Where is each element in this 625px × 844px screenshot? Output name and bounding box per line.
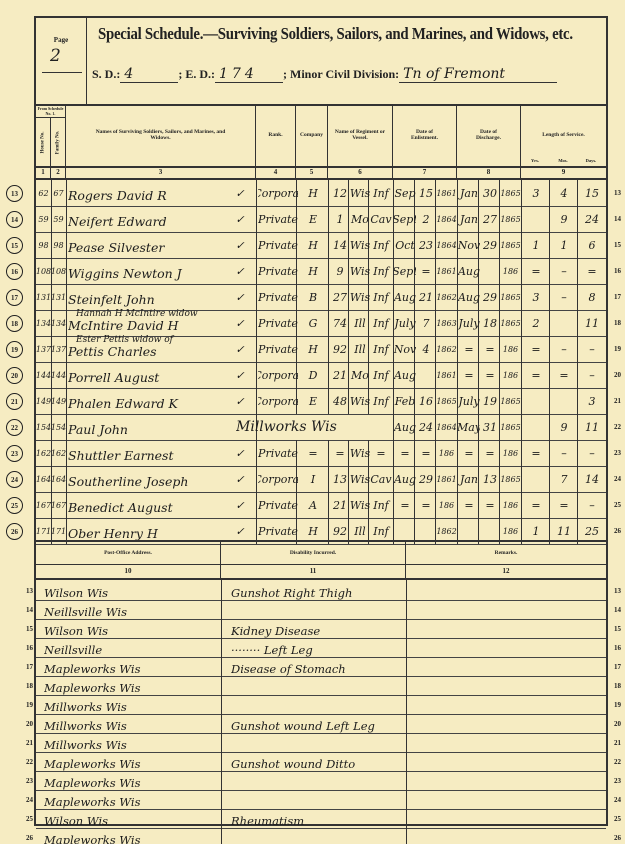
cell-company: A bbox=[298, 492, 328, 518]
cell-reg-arm: = bbox=[370, 440, 392, 466]
cell-enl-yr: 1863 bbox=[436, 310, 457, 336]
cell-check: ✓ bbox=[226, 206, 254, 232]
cell-dis-mo: Nov bbox=[458, 232, 480, 258]
cell-days: 3 bbox=[578, 388, 606, 414]
line-number-left: 18 bbox=[26, 682, 33, 690]
cell-dis-day: 31 bbox=[480, 414, 500, 440]
cell-dis-yr: 186 bbox=[500, 258, 521, 284]
line-number-circle: 20 bbox=[6, 367, 23, 384]
line-number-right: 14 bbox=[614, 606, 621, 614]
cell-check: ✓ bbox=[226, 362, 254, 388]
rank-header: Rank. bbox=[256, 104, 296, 166]
cell-enl-day: 21 bbox=[416, 284, 436, 310]
cell-dis-day: 19 bbox=[480, 388, 500, 414]
enlistment-header: Date of Enlistment. bbox=[393, 104, 457, 166]
cell-rank: Private bbox=[258, 206, 298, 232]
sd-value: 4 bbox=[120, 66, 178, 83]
line-number-right: 20 bbox=[614, 371, 621, 379]
cell-disability bbox=[231, 694, 401, 714]
cell-reg-no: 27 bbox=[330, 284, 350, 310]
line-number-right: 17 bbox=[614, 293, 621, 301]
cell-rank: Corporal bbox=[258, 180, 298, 206]
line-number-left: 20 bbox=[26, 720, 33, 728]
cell-yrs: = bbox=[522, 492, 550, 518]
cell-dis-day: = bbox=[480, 492, 500, 518]
cell-dis-day bbox=[480, 258, 500, 284]
line-number-right: 26 bbox=[614, 527, 621, 535]
table-row: 6267Rogers David R✓CorporalH12WisInfSep1… bbox=[36, 180, 606, 207]
col-num-1: 1 bbox=[36, 166, 51, 178]
cell-company: H bbox=[298, 258, 328, 284]
cell-dis-yr: 1865 bbox=[500, 466, 521, 492]
cell-days: 15 bbox=[578, 180, 606, 206]
cell-company: I bbox=[298, 466, 328, 492]
cell-rank: Private bbox=[258, 336, 298, 362]
cell-enl-yr: 1864 bbox=[436, 232, 457, 258]
cell-remarks bbox=[416, 732, 601, 752]
cell-house: 144 bbox=[36, 362, 51, 388]
cell-family: 131 bbox=[51, 284, 66, 310]
cell-name: Porrell August bbox=[68, 362, 228, 388]
cell-mos: 7 bbox=[550, 466, 578, 492]
table-row: 154154Paul JohnAug241864May311865911Mill… bbox=[36, 414, 606, 441]
cell-dis-mo: July bbox=[458, 388, 480, 414]
regiment-header: Name of Regiment or Vessel. bbox=[328, 104, 393, 166]
cell-reg-state: Mo bbox=[350, 206, 370, 232]
column-numbers: 123456789Yrs.Mos.Days. bbox=[36, 166, 606, 180]
line-number-left: 23 bbox=[26, 777, 33, 785]
cell-dis-yr: 1865 bbox=[500, 310, 521, 336]
cell-address: Wilson Wis bbox=[44, 618, 219, 638]
line-number-left: 15 bbox=[26, 625, 33, 633]
cell-house: 134 bbox=[36, 310, 51, 336]
cell-disability bbox=[231, 770, 401, 790]
cell-remarks bbox=[416, 751, 601, 771]
line-number-circle: 19 bbox=[6, 341, 23, 358]
cell-check: ✓ bbox=[226, 232, 254, 258]
cell-name: Phalen Edward K bbox=[68, 388, 228, 414]
cell-name: Shuttler Earnest bbox=[68, 440, 228, 466]
mcd-value: Tn of Fremont bbox=[399, 66, 557, 83]
cell-enl-day: 4 bbox=[416, 336, 436, 362]
cell-reg-state: Wis bbox=[350, 440, 370, 466]
cell-enl-yr: 1865 bbox=[436, 388, 457, 414]
cell-disability: Rheumatism bbox=[231, 808, 401, 828]
cell-rank: Private bbox=[258, 258, 298, 284]
line-number-right: 14 bbox=[614, 215, 621, 223]
col-num-9: 9 bbox=[521, 166, 606, 178]
cell-family: 144 bbox=[51, 362, 66, 388]
cell-address: Mapleworks Wis bbox=[44, 827, 219, 844]
cell-dis-day: 30 bbox=[480, 180, 500, 206]
cell-mos: 9 bbox=[550, 414, 578, 440]
cell-yrs: = bbox=[522, 440, 550, 466]
col-num-7: 7 bbox=[393, 166, 457, 178]
cell-enl-day: 16 bbox=[416, 388, 436, 414]
cell-address: Mapleworks Wis bbox=[44, 770, 219, 790]
cell-yrs bbox=[522, 388, 550, 414]
address-row: Neillsville Wis1414 bbox=[36, 599, 606, 620]
cell-enl-yr: 1864 bbox=[436, 414, 457, 440]
cell-reg-no: = bbox=[330, 440, 350, 466]
cell-dis-mo: Jan bbox=[458, 466, 480, 492]
cell-house: 154 bbox=[36, 414, 51, 440]
cell-reg-arm: Inf bbox=[370, 362, 392, 388]
cell-address: Mapleworks Wis bbox=[44, 656, 219, 676]
line-number-left: 25 bbox=[26, 815, 33, 823]
cell-days: = bbox=[578, 258, 606, 284]
cell-enl-mo: Nov bbox=[394, 336, 416, 362]
cell-family: 164 bbox=[51, 466, 66, 492]
cell-address: Mapleworks Wis bbox=[44, 789, 219, 809]
form-title: Special Schedule.—Surviving Soldiers, Sa… bbox=[98, 24, 573, 44]
cell-reg-state: Wis bbox=[350, 388, 370, 414]
cell-disability: Gunshot wound Left Leg bbox=[231, 713, 401, 733]
cell-address: Millworks Wis bbox=[44, 694, 219, 714]
col-num-8: 8 bbox=[457, 166, 521, 178]
table-row: 144144Porrell August✓CorporalD21MoInfAug… bbox=[36, 362, 606, 389]
cell-dis-yr: 186 bbox=[500, 362, 521, 388]
line-number-right: 13 bbox=[614, 189, 621, 197]
table-row: 131131Steinfelt John✓PrivateB27WisInfAug… bbox=[36, 284, 606, 311]
cell-reg-state: Wis bbox=[350, 284, 370, 310]
cell-reg-state: Wis bbox=[350, 258, 370, 284]
cell-remarks bbox=[416, 694, 601, 714]
cell-days: 8 bbox=[578, 284, 606, 310]
cell-disability bbox=[231, 789, 401, 809]
page-label: Page bbox=[36, 36, 86, 44]
cell-remarks bbox=[416, 637, 601, 657]
cell-reg-state: Ill bbox=[350, 310, 370, 336]
line-number-right: 15 bbox=[614, 241, 621, 249]
cell-enl-mo: July bbox=[394, 310, 416, 336]
cell-days: – bbox=[578, 362, 606, 388]
line-number-right: 22 bbox=[614, 423, 621, 431]
cell-name: Rogers David R bbox=[68, 180, 228, 206]
cell-dis-mo: Jan bbox=[458, 206, 480, 232]
cell-remarks bbox=[416, 618, 601, 638]
col-num-3: 3 bbox=[66, 166, 256, 178]
cell-enl-mo: Aug bbox=[394, 414, 416, 440]
cell-house: 131 bbox=[36, 284, 51, 310]
table-row: 108108Wiggins Newton J✓PrivateH9WisInfSe… bbox=[36, 258, 606, 285]
cell-reg-arm: Inf bbox=[370, 180, 392, 206]
widow-note: Ester Pettis widow of bbox=[76, 334, 256, 346]
cell-dis-day: 18 bbox=[480, 310, 500, 336]
cell-days: 11 bbox=[578, 310, 606, 336]
cell-house: 98 bbox=[36, 232, 51, 258]
cell-enl-mo: Sept bbox=[394, 206, 416, 232]
cell-house: 149 bbox=[36, 388, 51, 414]
table-row: 149149Phalen Edward K✓CorporalE48WisInfF… bbox=[36, 388, 606, 415]
cell-enl-yr: 1864 bbox=[436, 206, 457, 232]
service-sub-0: Yrs. bbox=[521, 156, 549, 165]
service-sub-1: Mos. bbox=[549, 156, 577, 165]
cell-house: 164 bbox=[36, 466, 51, 492]
cell-mos bbox=[550, 310, 578, 336]
address-row: Mapleworks Wis2323 bbox=[36, 770, 606, 791]
cell-reg-state: Wis bbox=[350, 492, 370, 518]
line-number-right: 25 bbox=[614, 815, 621, 823]
cell-mos: – bbox=[550, 440, 578, 466]
address-row: Mapleworks WisDisease of Stomach1717 bbox=[36, 656, 606, 677]
sd-label: S. D.: bbox=[92, 67, 120, 82]
cell-reg-arm: Inf bbox=[370, 492, 392, 518]
cell-reg-state: Ill bbox=[350, 336, 370, 362]
cell-reg-arm: Inf bbox=[370, 258, 392, 284]
line-number-right: 23 bbox=[614, 777, 621, 785]
cell-family: 59 bbox=[51, 206, 66, 232]
cell-enl-mo: Sep bbox=[394, 180, 416, 206]
cell-check: ✓ bbox=[226, 466, 254, 492]
cell-company: B bbox=[298, 284, 328, 310]
cell-days: 14 bbox=[578, 466, 606, 492]
table-row: 9898Pease Silvester✓PrivateH14WisInfOct2… bbox=[36, 232, 606, 259]
line-number-right: 24 bbox=[614, 796, 621, 804]
col-num-6: 6 bbox=[328, 166, 393, 178]
cell-enl-mo: = bbox=[394, 492, 416, 518]
cell-company: H bbox=[298, 232, 328, 258]
line-number-circle: 24 bbox=[6, 471, 23, 488]
cell-enl-day: = bbox=[416, 440, 436, 466]
col-num-10: 10 bbox=[36, 564, 221, 578]
form-header: Page 2 Special Schedule.—Surviving Soldi… bbox=[36, 18, 606, 106]
cell-house: 167 bbox=[36, 492, 51, 518]
cell-disability: Gunshot Right Thigh bbox=[231, 580, 401, 600]
cell-dis-yr: 186 bbox=[500, 440, 521, 466]
cell-family: 134 bbox=[51, 310, 66, 336]
ed-label: ; E. D.: bbox=[178, 67, 215, 82]
cell-check: ✓ bbox=[226, 258, 254, 284]
ed-value: 174 bbox=[215, 66, 283, 83]
cell-check: ✓ bbox=[226, 440, 254, 466]
line-number-left: 16 bbox=[26, 644, 33, 652]
cell-name: Neifert Edward bbox=[68, 206, 228, 232]
discharge-header: Date of Discharge. bbox=[457, 104, 521, 166]
cell-rank: Private bbox=[258, 492, 298, 518]
cell-reg-state: Wis bbox=[350, 232, 370, 258]
cell-disability: ········ Left Leg bbox=[231, 637, 401, 657]
cell-dis-yr: 1865 bbox=[500, 232, 521, 258]
cell-reg-arm: Inf bbox=[370, 388, 392, 414]
table-row: 137137Pettis Charles✓PrivateH92IllInfNov… bbox=[36, 336, 606, 363]
cell-dis-day: = bbox=[480, 440, 500, 466]
cell-remarks bbox=[416, 789, 601, 809]
cell-enl-day: 24 bbox=[416, 414, 436, 440]
cell-remarks bbox=[416, 675, 601, 695]
address-row: Wilson WisKidney Disease1515 bbox=[36, 618, 606, 639]
line-number-right: 23 bbox=[614, 449, 621, 457]
cell-name: Benedict August bbox=[68, 492, 228, 518]
cell-yrs: = bbox=[522, 362, 550, 388]
cell-remarks bbox=[416, 656, 601, 676]
cell-enl-day: = bbox=[416, 258, 436, 284]
mcd-label: ; Minor Civil Division: bbox=[283, 67, 399, 82]
address-row: Neillsville········ Left Leg1616 bbox=[36, 637, 606, 658]
cell-yrs bbox=[522, 414, 550, 440]
cell-rank: Private bbox=[258, 284, 298, 310]
cell-address: Neillsville Wis bbox=[44, 599, 219, 619]
line-number-circle: 15 bbox=[6, 237, 23, 254]
cell-name: Southerline Joseph bbox=[68, 466, 228, 492]
cell-company: G bbox=[298, 310, 328, 336]
cell-dis-yr: 186 bbox=[500, 492, 521, 518]
cell-dis-mo: Aug bbox=[458, 284, 480, 310]
cell-mos: = bbox=[550, 492, 578, 518]
cell-reg-no: 21 bbox=[330, 492, 350, 518]
cell-reg-arm: Inf bbox=[370, 310, 392, 336]
line-number-right: 26 bbox=[614, 834, 621, 842]
remarks-header: Remarks. bbox=[406, 542, 606, 564]
cell-rank: Corporal bbox=[258, 466, 298, 492]
cell-mos: 4 bbox=[550, 180, 578, 206]
cell-company: H bbox=[298, 180, 328, 206]
line-number-right: 17 bbox=[614, 663, 621, 671]
cell-reg-arm: Inf bbox=[370, 336, 392, 362]
cell-remarks bbox=[416, 808, 601, 828]
address-row: Mapleworks Wis2626 bbox=[36, 827, 606, 844]
cell-family: 167 bbox=[51, 492, 66, 518]
cell-enl-mo: Feb bbox=[394, 388, 416, 414]
line-number-left: 21 bbox=[26, 739, 33, 747]
cell-family: 98 bbox=[51, 232, 66, 258]
line-number-circle: 22 bbox=[6, 419, 23, 436]
cell-mos bbox=[550, 388, 578, 414]
cell-mos: 1 bbox=[550, 232, 578, 258]
cell-reg-no: 13 bbox=[330, 466, 350, 492]
cell-dis-yr: 1865 bbox=[500, 206, 521, 232]
line-number-right: 20 bbox=[614, 720, 621, 728]
cell-company: E bbox=[298, 388, 328, 414]
cell-reg-no: 1 bbox=[330, 206, 350, 232]
line-number-left: 22 bbox=[26, 758, 33, 766]
cell-days: – bbox=[578, 440, 606, 466]
cell-reg-no: 92 bbox=[330, 336, 350, 362]
cell-enl-mo: Oct bbox=[394, 232, 416, 258]
page-box: Page 2 bbox=[36, 18, 87, 104]
cell-dis-yr: 1865 bbox=[500, 180, 521, 206]
line-number-right: 21 bbox=[614, 739, 621, 747]
cell-enl-day: 15 bbox=[416, 180, 436, 206]
table-row: 162162Shuttler Earnest✓Private==Wis===18… bbox=[36, 440, 606, 467]
cell-reg-state: Wis bbox=[350, 180, 370, 206]
cell-disability bbox=[231, 732, 401, 752]
line-number-right: 16 bbox=[614, 267, 621, 275]
line-number-left: 17 bbox=[26, 663, 33, 671]
cell-mos: – bbox=[550, 336, 578, 362]
line-number-right: 22 bbox=[614, 758, 621, 766]
cell-dis-yr: 1865 bbox=[500, 284, 521, 310]
cell-address: Mapleworks Wis bbox=[44, 675, 219, 695]
cell-rank: Corporal bbox=[258, 388, 298, 414]
cell-enl-day bbox=[416, 362, 436, 388]
cell-reg-arm: Inf bbox=[370, 232, 392, 258]
cell-family: 67 bbox=[51, 180, 66, 206]
cell-reg-no: 48 bbox=[330, 388, 350, 414]
cell-family: 108 bbox=[51, 258, 66, 284]
cell-family: 154 bbox=[51, 414, 66, 440]
cell-check: ✓ bbox=[226, 180, 254, 206]
line-number-circle: 13 bbox=[6, 185, 23, 202]
address-row: Millworks Wis1919 bbox=[36, 694, 606, 715]
address-row: Mapleworks Wis2424 bbox=[36, 789, 606, 810]
address-row: Mapleworks WisGunshot wound Ditto2222 bbox=[36, 751, 606, 772]
line-number-right: 18 bbox=[614, 319, 621, 327]
line-number-right: 19 bbox=[614, 701, 621, 709]
cell-company: D bbox=[298, 362, 328, 388]
table-row: 5959Neifert Edward✓PrivateE1MoCavSept218… bbox=[36, 206, 606, 233]
col-num-2: 2 bbox=[51, 166, 66, 178]
cell-reg-arm: Cav bbox=[370, 466, 392, 492]
line-number-right: 13 bbox=[614, 587, 621, 595]
address-span-note: Millworks Wis bbox=[236, 414, 386, 440]
cell-enl-mo: Aug bbox=[394, 466, 416, 492]
service-sub-2: Days. bbox=[577, 156, 605, 165]
cell-days: 11 bbox=[578, 414, 606, 440]
cell-dis-yr: 186 bbox=[500, 336, 521, 362]
cell-dis-day: = bbox=[480, 336, 500, 362]
line-number-right: 16 bbox=[614, 644, 621, 652]
cell-rank: Corporal bbox=[258, 362, 298, 388]
line-number-left: 26 bbox=[26, 834, 33, 842]
line-number-circle: 14 bbox=[6, 211, 23, 228]
cell-disability bbox=[231, 599, 401, 619]
cell-dis-mo: = bbox=[458, 362, 480, 388]
names-header: Names of Surviving Soldiers, Sailors, an… bbox=[66, 104, 256, 166]
cell-dis-day: 29 bbox=[480, 232, 500, 258]
cell-address: Wilson Wis bbox=[44, 580, 219, 600]
cell-check: ✓ bbox=[226, 284, 254, 310]
line-number-right: 19 bbox=[614, 345, 621, 353]
cell-name: Paul John bbox=[68, 414, 228, 440]
cell-enl-day: 7 bbox=[416, 310, 436, 336]
cell-enl-yr: 1861 bbox=[436, 362, 457, 388]
cell-disability: Gunshot wound Ditto bbox=[231, 751, 401, 771]
cell-name: Pease Silvester bbox=[68, 232, 228, 258]
widow-note: Hannah H McIntire widow bbox=[76, 308, 256, 320]
cell-address: Mapleworks Wis bbox=[44, 751, 219, 771]
col-num-11: 11 bbox=[221, 564, 406, 578]
cell-days: – bbox=[578, 492, 606, 518]
page-number: 2 bbox=[50, 46, 61, 66]
address-row: Millworks WisGunshot wound Left Leg2020 bbox=[36, 713, 606, 734]
cell-enl-mo: Aug bbox=[394, 284, 416, 310]
cell-dis-mo: July bbox=[458, 310, 480, 336]
cell-enl-mo: Sept bbox=[394, 258, 416, 284]
address-row: Wilson WisGunshot Right Thigh1313 bbox=[36, 580, 606, 601]
cell-reg-no: 9 bbox=[330, 258, 350, 284]
cell-rank: Private bbox=[258, 440, 298, 466]
cell-dis-mo: Jan bbox=[458, 180, 480, 206]
cell-remarks bbox=[416, 599, 601, 619]
line-number-right: 25 bbox=[614, 501, 621, 509]
cell-family: 149 bbox=[51, 388, 66, 414]
cell-disability: Disease of Stomach bbox=[231, 656, 401, 676]
cell-dis-day: 13 bbox=[480, 466, 500, 492]
cell-enl-mo: = bbox=[394, 440, 416, 466]
line-number-circle: 26 bbox=[6, 523, 23, 540]
cell-address: Neillsville bbox=[44, 637, 219, 657]
cell-dis-mo: = bbox=[458, 440, 480, 466]
cell-house: 137 bbox=[36, 336, 51, 362]
cell-reg-arm: Inf bbox=[370, 284, 392, 310]
cell-house: 59 bbox=[36, 206, 51, 232]
cell-remarks bbox=[416, 713, 601, 733]
cell-company: = bbox=[298, 440, 328, 466]
cell-dis-day: = bbox=[480, 362, 500, 388]
cell-dis-day: 29 bbox=[480, 284, 500, 310]
cell-mos: – bbox=[550, 258, 578, 284]
